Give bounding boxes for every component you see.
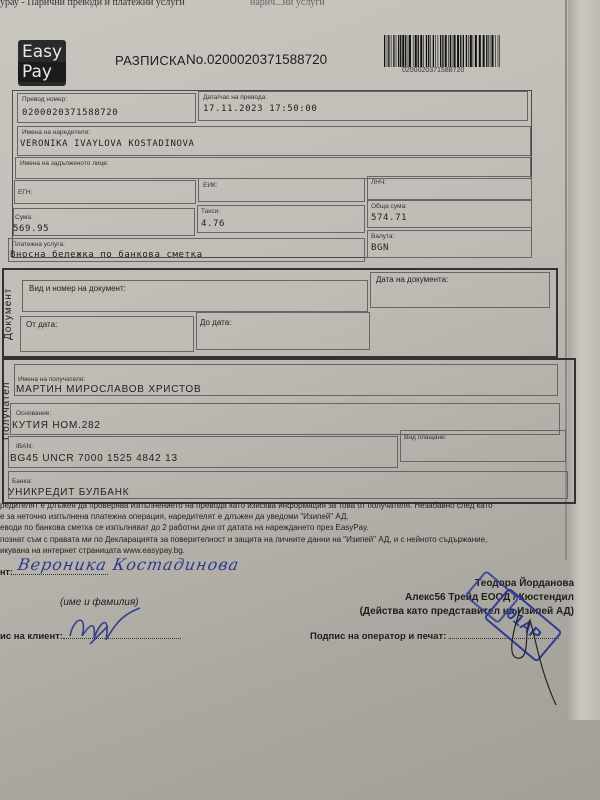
fees-value: 4.76 — [201, 219, 225, 229]
total-label: Обща сума: — [371, 203, 407, 210]
client-name-label: нт: — [0, 567, 13, 577]
doc-date-label: Дата на документа: — [376, 275, 448, 284]
sum-label: Сума: — [15, 214, 33, 221]
sum-value: 569.95 — [13, 224, 49, 234]
service-value: Вносна бележка по банкова сметка — [10, 250, 203, 260]
receipt-title: РАЗПИСКА — [115, 53, 186, 68]
sender-name-label: Имена на наредителя: — [22, 129, 90, 136]
doc-type-label: Вид и номер на документ: — [29, 284, 126, 293]
easypay-logo: Easy Pay — [18, 40, 66, 86]
logo-line2: Pay — [18, 62, 66, 82]
reason-label: Основание: — [16, 410, 51, 417]
sender-name: VERONIKA IVAYLOVA KOSTADINOVA — [20, 139, 195, 149]
eik-box — [198, 178, 365, 202]
lnch-box — [367, 176, 532, 200]
total-value: 574.71 — [371, 213, 407, 223]
fees-label: Такси: — [201, 208, 220, 215]
recipient-name: МАРТИН МИРОСЛАВОВ ХРИСТОВ — [16, 384, 201, 395]
terms-notes: редителят е длъжен да проверява изпълнен… — [0, 500, 590, 556]
transfer-number: 0200020371588720 — [22, 108, 118, 118]
lnch-label: ЛНЧ: — [371, 179, 386, 186]
reason-value: КУТИЯ НОМ.282 — [12, 420, 101, 431]
client-signature-label: ис на клиент: — [0, 631, 63, 642]
transfer-number-label: Превод номер: — [22, 96, 67, 103]
to-date-label: До дата: — [200, 318, 231, 327]
page-header-right: нарич...ни услуги — [250, 0, 325, 8]
barcode-icon — [384, 35, 500, 71]
datetime-value: 17.11.2023 17:50:00 — [203, 104, 317, 114]
operator-signature-label: Подпис на оператор и печат: — [310, 631, 446, 642]
operator-signature-icon — [500, 600, 560, 710]
note-line: еводи по банкова сметка се изпълняват до… — [0, 522, 590, 533]
page-header-left: урау - Парични преводи и платежни услуги — [0, 0, 185, 8]
egn-box — [14, 180, 196, 204]
operator-name: Теодора Йорданова — [360, 577, 574, 591]
egn-label: ЕГН: — [18, 189, 32, 196]
eik-label: ЕИК: — [203, 182, 218, 189]
bank-value: УНИКРЕДИТ БУЛБАНК — [8, 487, 129, 498]
payment-type-label: Вид плащане: — [404, 434, 446, 441]
note-line: познат съм с правата ми по Декларацията … — [0, 533, 590, 545]
logo-line1: Easy — [18, 42, 66, 62]
recipient-name-label: Имена на получателя: — [18, 376, 85, 383]
bank-label: Банка: — [12, 478, 32, 485]
note-line: редителят е длъжен да проверява изпълнен… — [0, 500, 590, 511]
service-label: Платежна услуга: — [12, 241, 65, 248]
handwritten-client-name: Вероника Костадинова — [16, 555, 241, 574]
page-header: урау - Парични преводи и платежни услуги… — [0, 0, 600, 12]
datetime-label: Дата/час на превода: — [203, 94, 267, 101]
note-line: е за неточно изпълнена платежна операция… — [0, 511, 590, 522]
client-signature-line: ис на клиент: — [0, 630, 181, 642]
currency-label: Валута: — [371, 233, 394, 240]
iban-value: BG45 UNCR 7000 1525 4842 13 — [10, 453, 178, 464]
barcode-number: 0200020371588720 — [402, 67, 464, 74]
document-section-label: Документ — [3, 288, 14, 340]
obligor-label: Имена на задълженото лице: — [20, 160, 109, 167]
receipt-number: No.0200020371588720 — [186, 52, 327, 67]
currency-value: BGN — [371, 243, 389, 253]
client-signature-icon — [60, 606, 160, 650]
iban-label: IBAN: — [16, 443, 33, 450]
from-date-label: От дата: — [26, 320, 57, 329]
